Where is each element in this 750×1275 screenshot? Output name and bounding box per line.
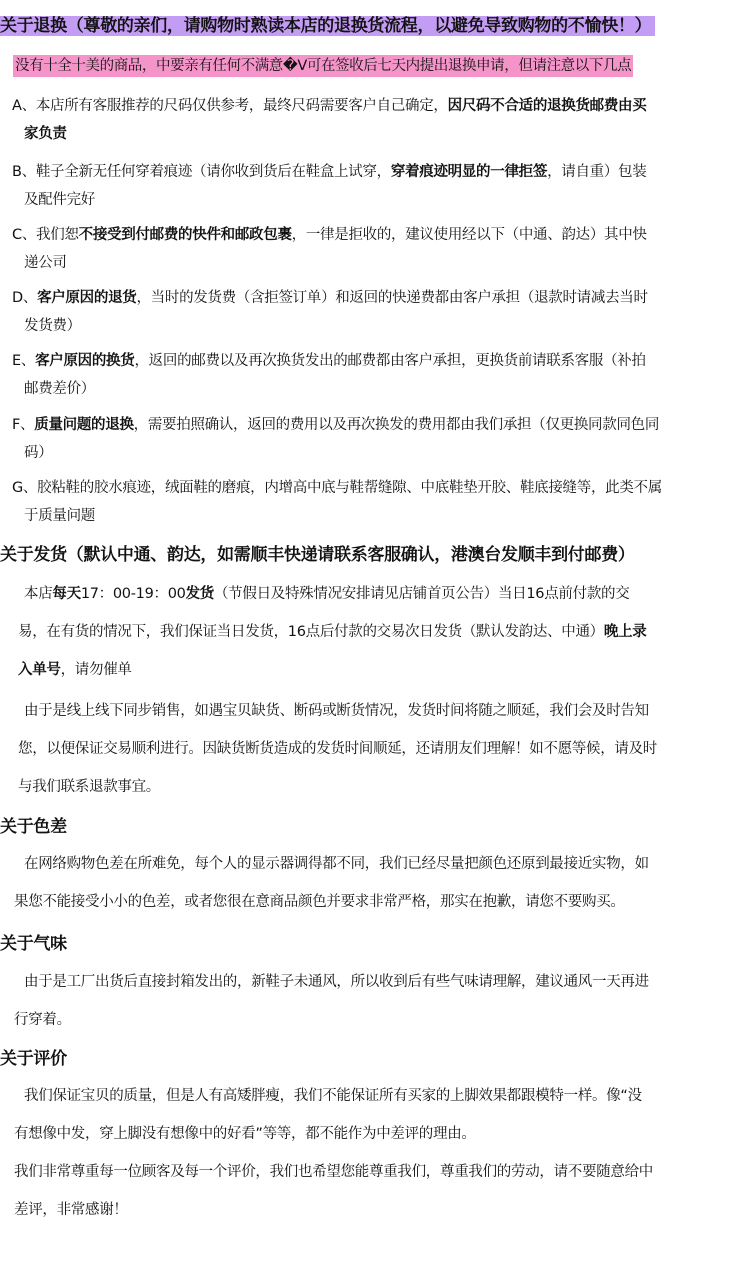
returns-item-d: D、客户原因的退货，当时的发货费（含拒签订单）和返回的快递费都由客户承担（退款时… bbox=[12, 284, 748, 340]
shipping-paragraph-2: 由于是线上线下同步销售，如遇宝贝缺货、断码或断货情况，发货时间将随之顺延，我们会… bbox=[14, 692, 744, 806]
returns-item-c: C、我们恕不接受到付邮费的快件和邮政包裹，一律是拒收的，建议使用经以下（中通、韵… bbox=[12, 221, 748, 277]
returns-item-f: F、质量问题的退换，需要拍照确认，返回的费用以及再次换发的费用都由我们承担（仅更… bbox=[12, 411, 748, 467]
returns-item-b: B、鞋子全新无任何穿着痕迹（请你收到货后在鞋盒上试穿，穿着痕迹明显的一律拒签，请… bbox=[12, 158, 748, 214]
color-diff-section-title: 关于色差 bbox=[0, 815, 67, 839]
odor-paragraph: 由于是工厂出货后直接封箱发出的，新鞋子未通风，所以收到后有些气味请理解，建议通风… bbox=[14, 963, 744, 1039]
reviews-paragraph: 我们保证宝贝的质量，但是人有高矮胖瘦，我们不能保证所有买家的上脚效果都跟模特一样… bbox=[14, 1077, 744, 1229]
returns-item-a: A、本店所有客服推荐的尺码仅供参考，最终尺码需要客户自己确定，因尺码不合适的退换… bbox=[12, 92, 748, 148]
returns-item-g: G、胶粘鞋的胶水痕迹，绒面鞋的磨痕，内增高中底与鞋帮缝隙、中底鞋垫开胶、鞋底接缝… bbox=[12, 474, 748, 530]
reviews-section-title: 关于评价 bbox=[0, 1047, 67, 1071]
returns-title-highlight: 关于退换（尊敬的亲们，请购物时熟读本店的退换货流程，以避免导致购物的不愉快！） bbox=[0, 16, 655, 36]
shipping-section-title: 关于发货（默认中通、韵达，如需顺丰快递请联系客服确认，港澳台发顺丰到付邮费） bbox=[0, 543, 635, 567]
color-diff-paragraph: 在网络购物色差在所难免，每个人的显示器调得都不同，我们已经尽量把颜色还原到最接近… bbox=[14, 845, 744, 921]
odor-section-title: 关于气味 bbox=[0, 932, 67, 956]
returns-section-title: 关于退换（尊敬的亲们，请购物时熟读本店的退换货流程，以避免导致购物的不愉快！） bbox=[0, 14, 655, 38]
returns-item-e: E、客户原因的换货，返回的邮费以及再次换货发出的邮费都由客户承担，更换货前请联系… bbox=[12, 347, 748, 403]
shipping-paragraph-1: 本店每天17：00-19：00发货（节假日及特殊情况安排请见店铺首页公告）当日1… bbox=[14, 575, 744, 689]
returns-intro: 没有十全十美的商品，中要亲有任何不满意�V可在签收后七天内提出退换申请，但请注意… bbox=[13, 55, 633, 77]
